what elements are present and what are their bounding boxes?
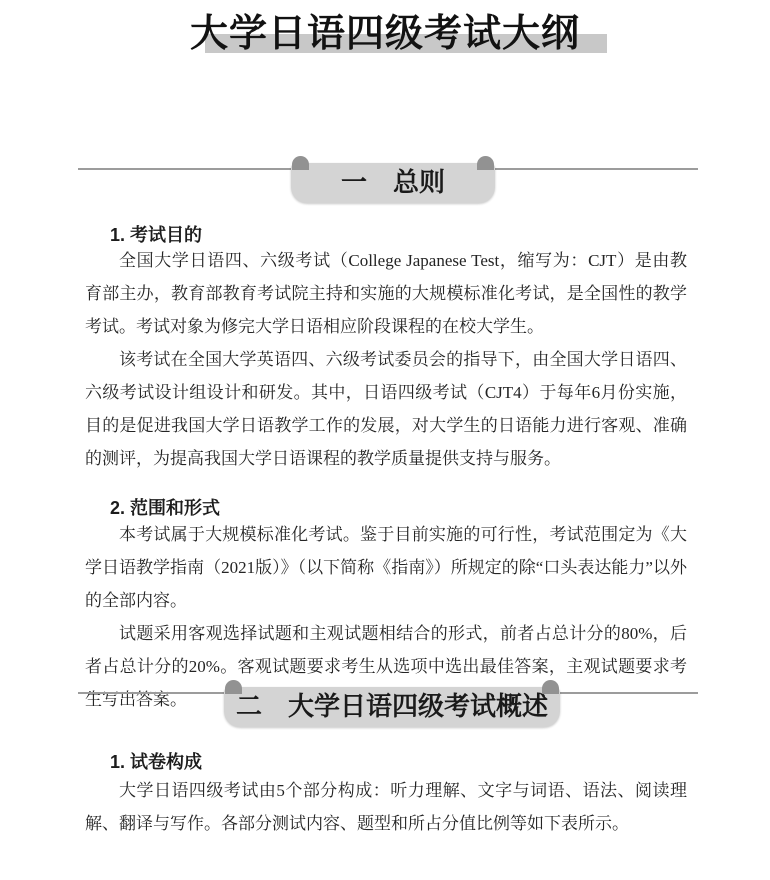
section-title: 二 大学日语四级考试概述 xyxy=(224,687,560,727)
ribbon-curl-right-icon xyxy=(477,156,494,170)
ribbon-curl-left-icon xyxy=(292,156,309,170)
subsection-heading: 1. 试卷构成 xyxy=(110,748,202,774)
paragraph: 大学日语四级考试由5个部分构成：听力理解、文字与词语、语法、阅读理解、翻译与写作… xyxy=(85,774,687,840)
subsection-body: 全国大学日语四、六级考试（College Japanese Test，缩写为：C… xyxy=(85,244,687,475)
ribbon-curl-left-icon xyxy=(225,680,242,694)
paragraph: 全国大学日语四、六级考试（College Japanese Test，缩写为：C… xyxy=(85,244,687,343)
document-page: 大学日语四级考试大纲 一 总则 1. 考试目的 全国大学日语四、六级考试（Col… xyxy=(0,0,770,880)
section-banner-2: 二 大学日语四级考试概述 xyxy=(0,680,770,734)
page-title: 大学日语四级考试大纲 xyxy=(0,2,770,57)
ribbon-curl-right-icon xyxy=(542,680,559,694)
subsection-heading: 2. 范围和形式 xyxy=(110,494,220,520)
section-banner-1: 一 总则 xyxy=(0,156,770,210)
paragraph: 本考试属于大规模标准化考试。鉴于目前实施的可行性，考试范围定为《大学日语教学指南… xyxy=(85,518,687,617)
section-ribbon: 一 总则 xyxy=(291,163,495,203)
section-ribbon: 二 大学日语四级考试概述 xyxy=(224,687,560,727)
section-title: 一 总则 xyxy=(291,163,495,203)
paragraph: 该考试在全国大学英语四、六级考试委员会的指导下，由全国大学日语四、六级考试设计组… xyxy=(85,343,687,475)
subsection-body: 大学日语四级考试由5个部分构成：听力理解、文字与词语、语法、阅读理解、翻译与写作… xyxy=(85,774,687,840)
